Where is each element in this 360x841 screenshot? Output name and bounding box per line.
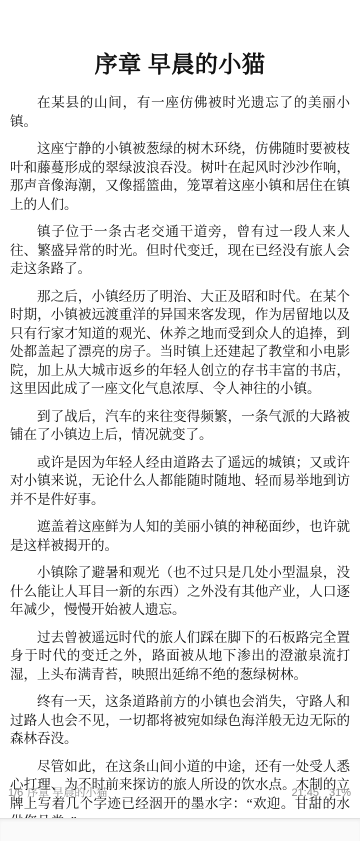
paragraph: 小镇除了避暑和观光（也不过只是几处小型温泉，没什么能让人耳目一新的东西）之外没有…: [10, 564, 350, 620]
status-left: 1/6 序章 早晨的小猫: [8, 786, 107, 800]
ebook-reader-page[interactable]: 序章 早晨的小猫 在某县的山间，有一座仿佛被时光遗忘了的美丽小镇。 这座宁静的小…: [0, 0, 360, 841]
paragraph: 那之后，小镇经历了明治、大正及昭和时代。在某个时期，小镇被远渡重洋的异国来客发现…: [10, 288, 350, 399]
reader-status-bar: 1/6 序章 早晨的小猫 21:45 31%: [8, 786, 351, 800]
battery-percentage: 31%: [329, 786, 351, 800]
paragraph: 终有一天，这条道路前方的小镇也会消失，守路人和过路人也会不见，一切都将被宛如绿色…: [10, 693, 350, 749]
paragraph: 遮盖着这座鲜为人知的美丽小镇的神秘面纱，也许就是这样被揭开的。: [10, 518, 350, 555]
paragraph: 这座宁静的小镇被葱绿的树木环绕，仿佛随时要被枝叶和藤蔓形成的翠绿波浪吞没。树叶在…: [10, 140, 350, 214]
chapter-title: 序章 早晨的小猫: [10, 50, 350, 80]
status-right: 21:45 31%: [291, 786, 351, 800]
paragraph: 到了战后，汽车的来往变得频繁，一条气派的大路被铺在了小镇边上后，情况就变了。: [10, 408, 350, 445]
paragraph: 过去曾被遥远时代的旅人们踩在脚下的石板路完全置身于时代的变迁之外，路面被从地下渗…: [10, 629, 350, 685]
paragraph: 或许是因为年轻人经由道路去了遥远的城镇；又或许对小镇来说，无论什么人都能随时随地…: [10, 454, 350, 510]
paragraph: 镇子位于一条古老交通干道旁，曾有过一段人来人往、繁盛异常的时光。但时代变迁，现在…: [10, 223, 350, 279]
reader-content[interactable]: 序章 早晨的小猫 在某县的山间，有一座仿佛被时光遗忘了的美丽小镇。 这座宁静的小…: [0, 0, 360, 832]
bottom-system-strip: [0, 818, 360, 841]
page-progress: 1/6: [8, 786, 23, 800]
clock-time: 21:45: [291, 786, 319, 800]
chapter-name: 序章 早晨的小猫: [27, 786, 107, 800]
paragraph: 在某县的山间，有一座仿佛被时光遗忘了的美丽小镇。: [10, 94, 350, 131]
